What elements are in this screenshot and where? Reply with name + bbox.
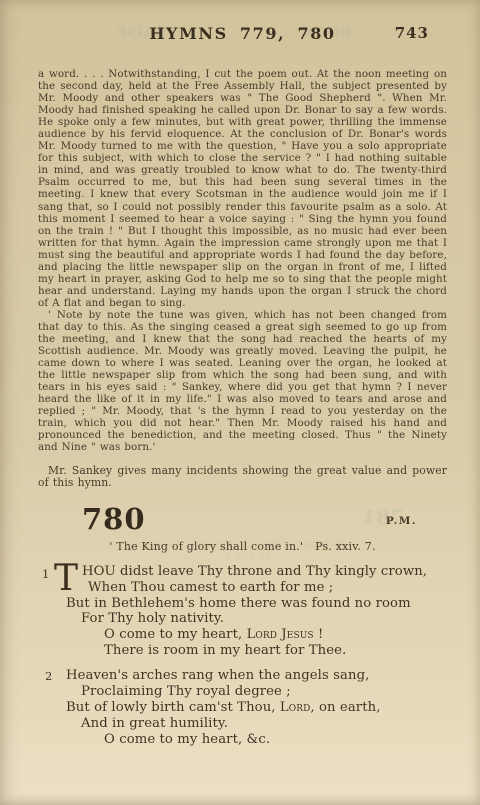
verse-line: But in Bethlehem's home there was found … — [66, 596, 447, 612]
hymn-caption: ' The King of glory shall come in.'Ps. x… — [38, 540, 447, 553]
verse-line: HOU didst leave Thy throne and Thy kingl… — [82, 564, 447, 580]
running-header: HYMNS 779, 780 743 — [38, 24, 447, 46]
book-page: PRAISEBOOK781Be telling of this salvatio… — [0, 0, 480, 805]
verse-line: When Thou camest to earth for me ; — [88, 580, 447, 596]
page-number: 743 — [395, 24, 429, 42]
caption-reference: Ps. xxiv. 7. — [315, 540, 375, 553]
page-content: HYMNS 779, 780 743 a word. . . . Notwith… — [38, 24, 447, 748]
verse-line: O come to my heart, &c. — [104, 732, 447, 748]
hymn-number: 780 — [82, 502, 146, 536]
hymn-heading: 780 P.M. — [38, 506, 447, 540]
drop-cap: T — [54, 561, 78, 597]
verse-number: 2 — [45, 669, 52, 685]
verse-line: Proclaiming Thy royal degree ; — [81, 684, 447, 700]
verse-line: O come to my heart, Lord Jesus ! — [104, 627, 447, 643]
caption-quote: ' The King of glory shall come in.' — [109, 540, 303, 553]
prose-paragraph: ' Note by note the tune was given, which… — [38, 309, 447, 454]
prose-paragraph: a word. . . . Notwithstanding, I cut the… — [38, 68, 447, 309]
verse-line: And in great humility. — [81, 716, 447, 732]
prose: a word. . . . Notwithstanding, I cut the… — [38, 68, 447, 490]
hymn-meter: P.M. — [386, 515, 417, 527]
verse-line: But of lowly birth cam'st Thou, Lord, on… — [66, 700, 447, 716]
verse: 1THOU didst leave Thy throne and Thy kin… — [38, 564, 447, 659]
verse-line: Heaven's arches rang when the angels san… — [66, 668, 447, 684]
verse-number: 1 — [42, 567, 49, 583]
verse-line: There is room in my heart for Thee. — [104, 643, 447, 659]
prose-paragraph: Mr. Sankey gives many incidents showing … — [38, 465, 447, 490]
verses: 1THOU didst leave Thy throne and Thy kin… — [38, 564, 447, 748]
verse-line: For Thy holy nativity. — [81, 611, 447, 627]
verse: 2Heaven's arches rang when the angels sa… — [38, 668, 447, 748]
header-title: HYMNS 779, 780 — [38, 24, 447, 43]
